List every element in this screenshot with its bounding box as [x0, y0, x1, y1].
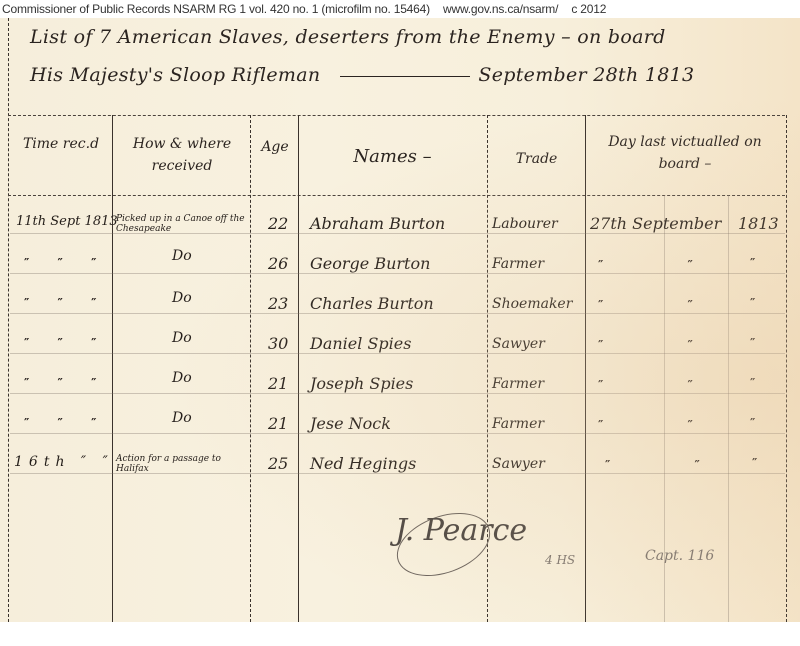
- row-5-time: ″ ″ ″: [24, 376, 108, 390]
- row-2-trade: Farmer: [492, 256, 544, 272]
- row-rule: [10, 433, 785, 434]
- row-2-victualled-day: ″ ″: [598, 258, 733, 272]
- row-1-age: 22: [268, 214, 288, 233]
- title-dash: [340, 76, 470, 77]
- column-divider: [250, 115, 251, 622]
- column-divider: [786, 115, 787, 622]
- row-5-how: Do: [172, 370, 192, 386]
- header-age: Age: [252, 136, 298, 158]
- document-date: September 28th 1813: [478, 64, 694, 86]
- signature-note: 4 HS: [545, 553, 575, 567]
- row-7-trade: Sawyer: [492, 456, 545, 472]
- row-6-name: Jese Nock: [310, 414, 391, 433]
- row-4-victualled-day: ″ ″: [598, 338, 733, 352]
- row-5-age: 21: [268, 374, 288, 393]
- row-3-victualled-day: ″ ″: [598, 298, 733, 312]
- row-6-victualled-year: ″: [750, 416, 755, 430]
- row-4-age: 30: [268, 334, 288, 353]
- row-6-time: ″ ″ ″: [24, 416, 108, 430]
- row-6-age: 21: [268, 414, 288, 433]
- left-margin-line: [8, 18, 9, 622]
- row-1-victualled-year: 1813: [738, 214, 779, 233]
- row-3-age: 23: [268, 294, 288, 313]
- row-3-how: Do: [172, 290, 192, 306]
- signature: J. Pearce: [395, 513, 527, 548]
- row-7-victualled-day: ″ ″: [605, 458, 740, 472]
- row-4-how: Do: [172, 330, 192, 346]
- row-1-time: 11th Sept 1813: [16, 214, 118, 229]
- row-6-how: Do: [172, 410, 192, 426]
- header-day-last-victualled: Day last victualled on board –: [590, 131, 780, 175]
- row-2-name: George Burton: [310, 254, 430, 273]
- archive-website: www.gov.ns.ca/nsarm/: [443, 2, 558, 16]
- document-title-line-1: List of 7 American Slaves, deserters fro…: [30, 26, 666, 48]
- row-rule: [10, 273, 785, 274]
- row-5-victualled-year: ″: [750, 376, 755, 390]
- column-divider: [298, 115, 299, 622]
- row-rule: [10, 313, 785, 314]
- copyright-year: c 2012: [571, 2, 606, 16]
- header-top-line: [8, 115, 785, 116]
- row-2-victualled-year: ″: [750, 256, 755, 270]
- row-3-time: ″ ″ ″: [24, 296, 108, 310]
- column-divider: [112, 115, 113, 622]
- row-5-trade: Farmer: [492, 376, 544, 392]
- document-title-line-2: His Majesty's Sloop RiflemanSeptember 28…: [30, 64, 694, 86]
- row-rule: [10, 353, 785, 354]
- row-1-name: Abraham Burton: [310, 214, 445, 233]
- row-4-victualled-year: ″: [750, 336, 755, 350]
- row-5-victualled-day: ″ ″: [598, 378, 733, 392]
- header-bottom-line: [8, 195, 785, 196]
- archive-caption: Commissioner of Public Records NSARM RG …: [0, 0, 800, 18]
- row-rule: [10, 393, 785, 394]
- ship-name: His Majesty's Sloop Rifleman: [30, 64, 320, 86]
- row-7-age: 25: [268, 454, 288, 473]
- source-citation: Commissioner of Public Records NSARM RG …: [2, 2, 430, 16]
- row-2-time: ″ ″ ″: [24, 256, 108, 270]
- header-names: Names –: [300, 146, 485, 168]
- row-3-victualled-year: ″: [750, 296, 755, 310]
- document-page: List of 7 American Slaves, deserters fro…: [0, 18, 800, 622]
- row-3-name: Charles Burton: [310, 294, 434, 313]
- row-7-how: Action for a passage to Halifax: [116, 454, 248, 474]
- column-divider: [585, 115, 586, 622]
- header-time-received: Time rec.d: [12, 133, 110, 155]
- row-1-victualled-day: 27th September: [590, 214, 721, 233]
- row-2-how: Do: [172, 248, 192, 264]
- header-trade: Trade: [489, 148, 584, 170]
- row-1-trade: Labourer: [492, 216, 558, 232]
- row-4-time: ″ ″ ″: [24, 336, 108, 350]
- row-1-how: Picked up in a Canoe off the Chesapeake: [116, 214, 246, 234]
- row-7-name: Ned Hegings: [310, 454, 416, 473]
- row-6-trade: Farmer: [492, 416, 544, 432]
- row-2-age: 26: [268, 254, 288, 273]
- row-4-trade: Sawyer: [492, 336, 545, 352]
- row-5-name: Joseph Spies: [310, 374, 413, 393]
- row-7-time: 16th ″ ″: [14, 454, 114, 470]
- row-3-trade: Shoemaker: [492, 296, 572, 312]
- row-4-name: Daniel Spies: [310, 334, 411, 353]
- signature-reference: Capt. 116: [645, 548, 714, 564]
- row-7-victualled-year: ″: [752, 456, 757, 470]
- row-6-victualled-day: ″ ″: [598, 418, 733, 432]
- header-how-received: How & where received: [116, 133, 248, 177]
